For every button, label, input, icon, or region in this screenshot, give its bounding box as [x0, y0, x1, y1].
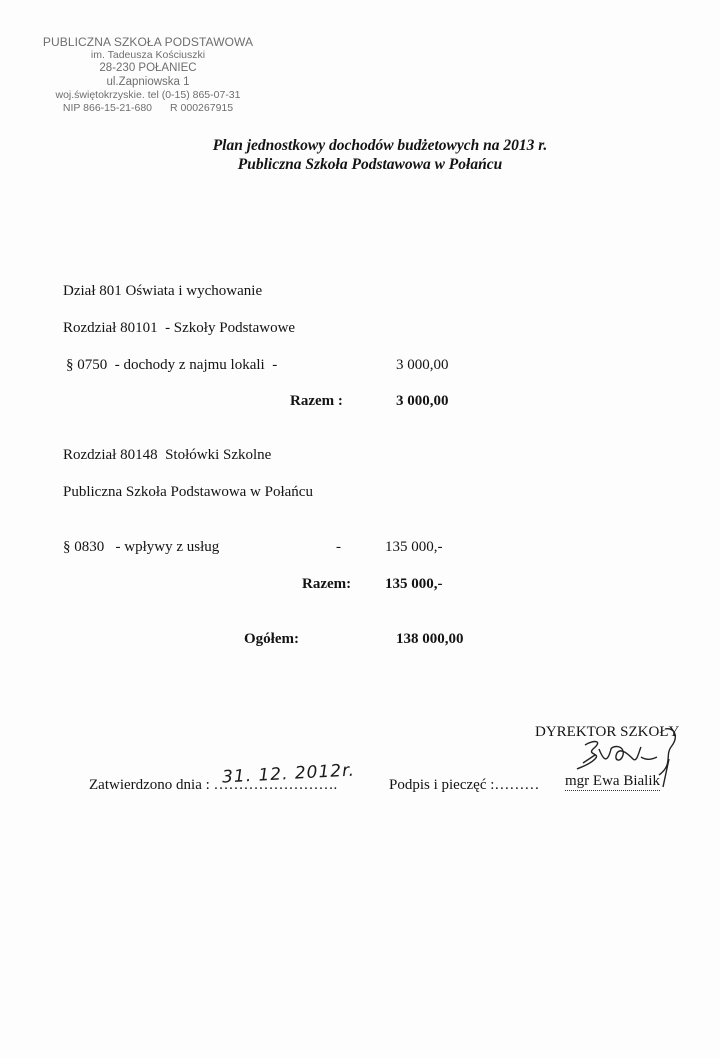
- subtotal-80148-amount: 135 000,-: [385, 576, 443, 593]
- item-0830-label: § 0830 - wpływy z usług: [63, 539, 219, 556]
- grand-total-label: Ogółem:: [244, 631, 299, 648]
- director-name: mgr Ewa Bialik: [565, 773, 660, 791]
- signature-label: Podpis i pieczęć :………: [389, 777, 539, 794]
- stamp-regon: R 000267915: [170, 102, 233, 114]
- unit-name: Publiczna Szkoła Podstawowa w Połańcu: [63, 484, 313, 501]
- stamp-region-phone: woj.świętokrzyskie. tel (0-15) 865-07-31: [28, 89, 268, 102]
- stamp-ids: NIP 866-15-21-680R 000267915: [28, 102, 268, 115]
- subtotal-80101-amount: 3 000,00: [396, 393, 449, 410]
- subtotal-80148-label: Razem:: [302, 576, 351, 593]
- item-0750-amount: 3 000,00: [396, 357, 449, 374]
- school-stamp: PUBLICZNA SZKOŁA PODSTAWOWA im. Tadeusza…: [28, 36, 268, 115]
- rozdzial-80101-heading: Rozdział 80101 - Szkoły Podstawowe: [63, 320, 295, 337]
- grand-total-amount: 138 000,00: [396, 631, 464, 648]
- subtotal-80101-label: Razem :: [290, 393, 343, 410]
- stamp-street: ul.Zapniowska 1: [28, 76, 268, 89]
- stamp-school-name: PUBLICZNA SZKOŁA PODSTAWOWA: [28, 36, 268, 49]
- stamp-postal: 28-230 POŁANIEC: [28, 62, 268, 75]
- item-0830-amount: 135 000,-: [385, 539, 443, 556]
- stamp-nip: NIP 866-15-21-680: [63, 102, 152, 114]
- document-title: Plan jednostkowy dochodów budżetowych na…: [20, 137, 720, 155]
- approved-label-text: Zatwierdzono dnia :: [89, 777, 214, 793]
- rozdzial-80148-heading: Rozdział 80148 Stołówki Szkolne: [63, 447, 271, 464]
- document-subtitle: Publiczna Szkoła Podstawowa w Połańcu: [10, 156, 720, 174]
- dzial-heading: Dział 801 Oświata i wychowanie: [63, 283, 262, 300]
- item-0750-label: § 0750 - dochody z najmu lokali -: [66, 357, 277, 374]
- item-0830-dash: -: [336, 539, 341, 556]
- stamp-patron: im. Tadeusza Kościuszki: [28, 49, 268, 62]
